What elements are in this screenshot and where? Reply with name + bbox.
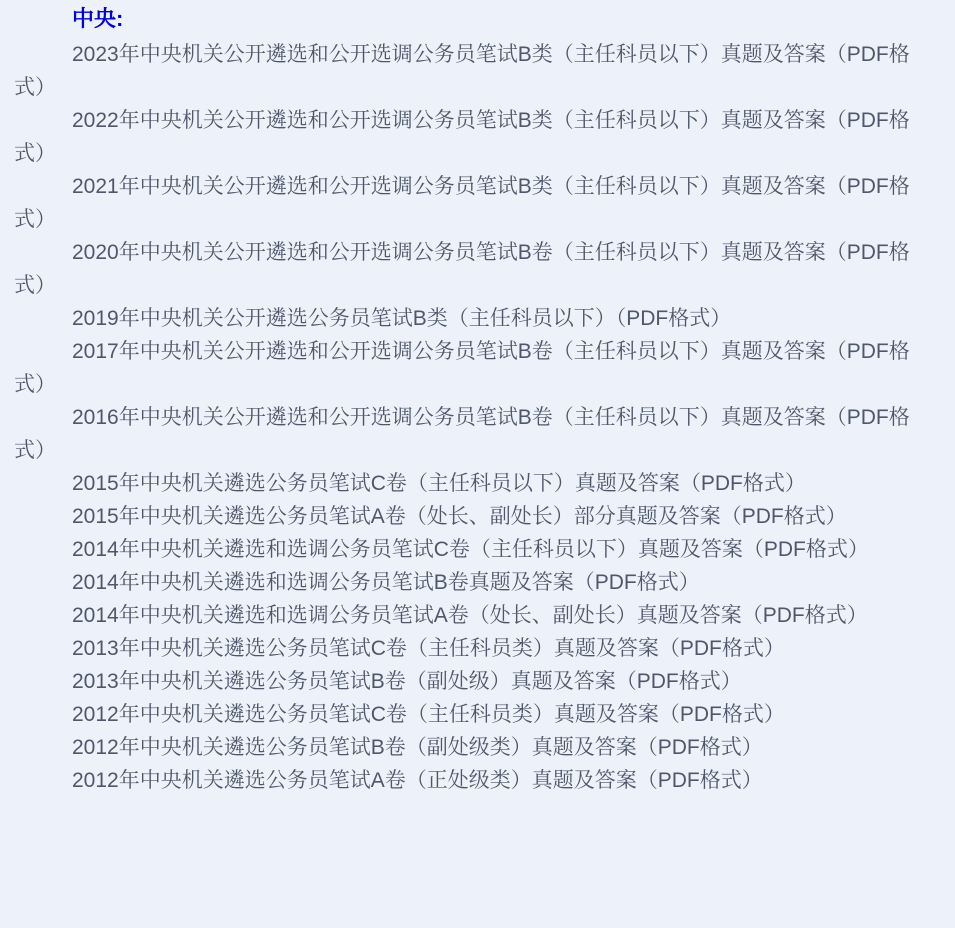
exam-paper-link[interactable]: 2012年中央机关遴选公务员笔试A卷（正处级类）真题及答案（PDF格式） (14, 764, 929, 797)
exam-paper-link[interactable]: 2022年中央机关公开遴选和公开选调公务员笔试B类（主任科员以下）真题及答案（P… (14, 104, 929, 170)
exam-paper-link[interactable]: 2020年中央机关公开遴选和公开选调公务员笔试B卷（主任科员以下）真题及答案（P… (14, 236, 929, 302)
exam-paper-link[interactable]: 2013年中央机关遴选公务员笔试B卷（副处级）真题及答案（PDF格式） (14, 665, 929, 698)
exam-paper-link[interactable]: 2019年中央机关公开遴选公务员笔试B类（主任科员以下）（PDF格式） (14, 302, 929, 335)
exam-paper-link[interactable]: 2012年中央机关遴选公务员笔试C卷（主任科员类）真题及答案（PDF格式） (14, 698, 929, 731)
exam-paper-link-list: 2023年中央机关公开遴选和公开选调公务员笔试B类（主任科员以下）真题及答案（P… (14, 38, 929, 797)
exam-paper-link[interactable]: 2015年中央机关遴选公务员笔试A卷（处长、副处长）部分真题及答案（PDF格式） (14, 500, 929, 533)
exam-paper-link[interactable]: 2014年中央机关遴选和选调公务员笔试C卷（主任科员以下）真题及答案（PDF格式… (14, 533, 929, 566)
exam-paper-link[interactable]: 2014年中央机关遴选和选调公务员笔试B卷真题及答案（PDF格式） (14, 566, 929, 599)
exam-paper-link[interactable]: 2014年中央机关遴选和选调公务员笔试A卷（处长、副处长）真题及答案（PDF格式… (14, 599, 929, 632)
exam-paper-link[interactable]: 2021年中央机关公开遴选和公开选调公务员笔试B类（主任科员以下）真题及答案（P… (14, 170, 929, 236)
exam-paper-link[interactable]: 2023年中央机关公开遴选和公开选调公务员笔试B类（主任科员以下）真题及答案（P… (14, 38, 929, 104)
exam-paper-link[interactable]: 2013年中央机关遴选公务员笔试C卷（主任科员类）真题及答案（PDF格式） (14, 632, 929, 665)
section-heading-central: 中央: (14, 3, 929, 34)
exam-paper-link[interactable]: 2017年中央机关公开遴选和公开选调公务员笔试B卷（主任科员以下）真题及答案（P… (14, 335, 929, 401)
exam-paper-link[interactable]: 2012年中央机关遴选公务员笔试B卷（副处级类）真题及答案（PDF格式） (14, 731, 929, 764)
exam-paper-link[interactable]: 2016年中央机关公开遴选和公开选调公务员笔试B卷（主任科员以下）真题及答案（P… (14, 401, 929, 467)
exam-paper-list-page: 中央: 2023年中央机关公开遴选和公开选调公务员笔试B类（主任科员以下）真题及… (0, 0, 955, 928)
exam-paper-link[interactable]: 2015年中央机关遴选公务员笔试C卷（主任科员以下）真题及答案（PDF格式） (14, 467, 929, 500)
